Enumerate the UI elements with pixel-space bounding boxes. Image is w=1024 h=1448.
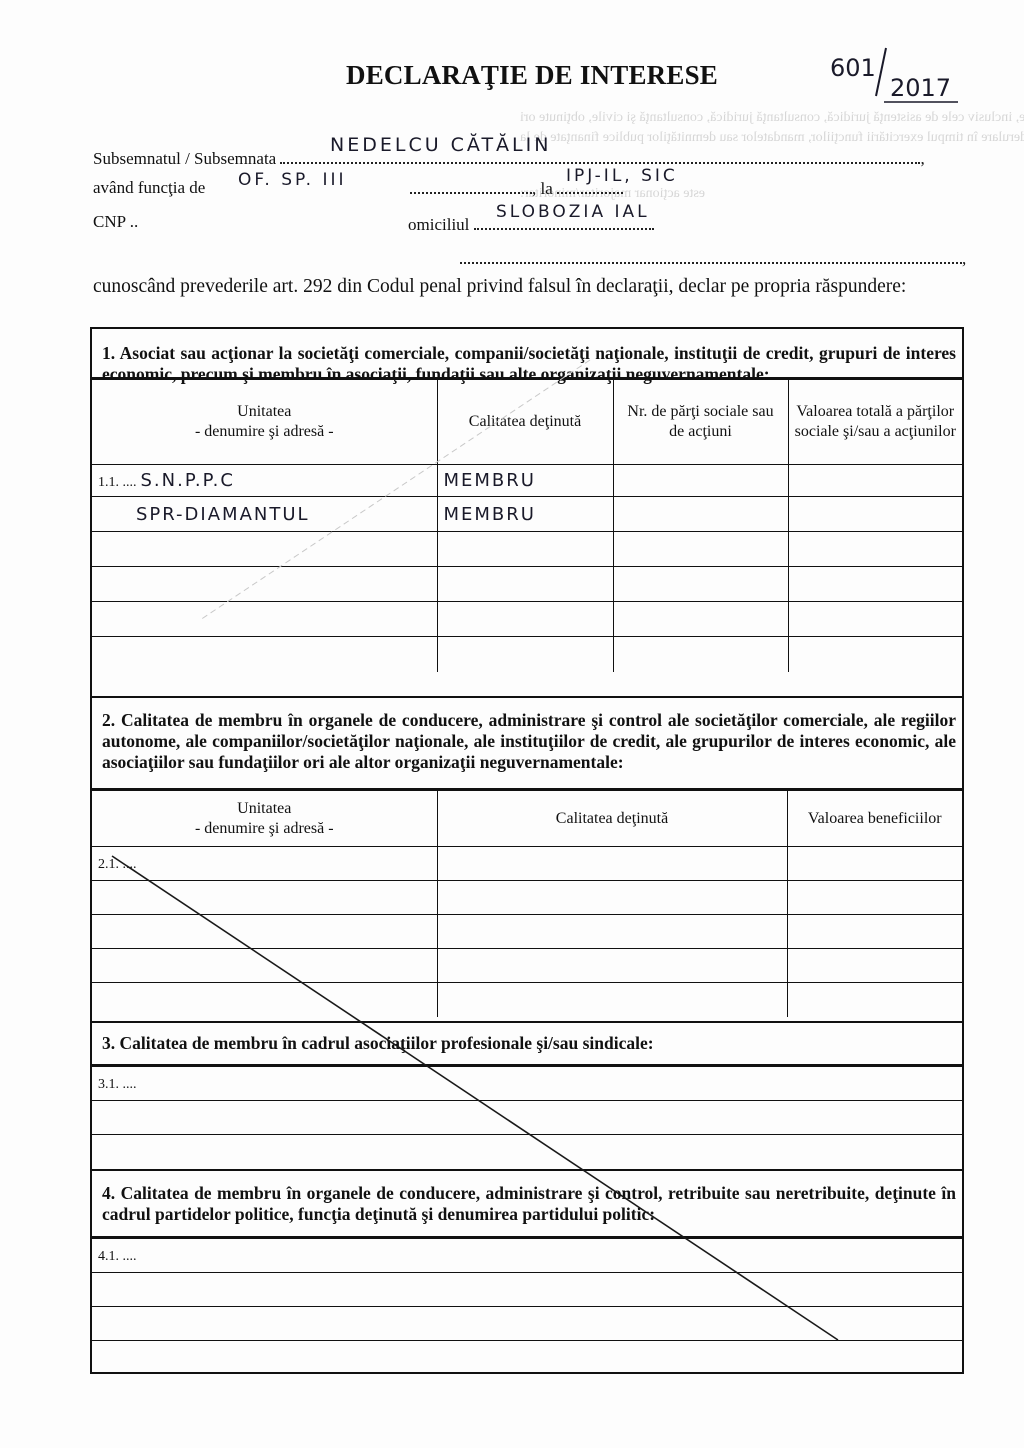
entry-cell[interactable] [92, 1135, 962, 1169]
table-row: 2.1. .... [92, 847, 962, 881]
shares-cell[interactable] [613, 567, 788, 602]
table-row: SPR-DIAMANTUL MEMBRU [92, 497, 962, 532]
document-page: 3. Contracte, inclusiv cele de asistenţă… [0, 0, 1024, 1448]
role-cell[interactable] [437, 637, 613, 672]
section-2-table: Unitatea - denumire şi adresă - Calitate… [92, 790, 962, 1017]
table-row [92, 949, 962, 983]
domicile-continuation-row: , [460, 248, 966, 269]
section-2-box: 2. Calitatea de membru în organele de co… [90, 696, 964, 1023]
table-row: 3.1. .... [92, 1067, 962, 1101]
total-value-cell[interactable] [788, 497, 962, 532]
section-3-table: 3.1. .... [92, 1066, 962, 1169]
col-header-total-value: Valoarea totală a părţilor sociale şi/sa… [788, 380, 962, 465]
shares-cell[interactable] [613, 602, 788, 637]
table-row [92, 915, 962, 949]
col-header-role: Calitatea deţinută [437, 791, 787, 847]
unit-cell[interactable] [92, 983, 437, 1017]
cnp-value[interactable]: .. [130, 212, 139, 231]
shares-cell[interactable] [613, 637, 788, 672]
col-header-unit: Unitatea - denumire şi adresă - [92, 791, 437, 847]
entry-cell[interactable] [92, 1101, 962, 1135]
function-field-row: având funcţia de [93, 178, 205, 198]
benefits-value-cell[interactable] [787, 881, 962, 915]
svg-text:601: 601 [830, 54, 876, 82]
role-cell[interactable] [437, 915, 787, 949]
col-header-benefits-value: Valoarea beneficiilor [787, 791, 962, 847]
table-row [92, 602, 962, 637]
unit-cell[interactable] [92, 949, 437, 983]
total-value-cell[interactable] [788, 602, 962, 637]
table-row [92, 1341, 962, 1375]
table-row [92, 1135, 962, 1169]
col-header-unit: Unitatea - denumire şi adresă - [92, 380, 437, 465]
table-row [92, 1307, 962, 1341]
role-cell[interactable]: MEMBRU [437, 497, 613, 532]
function-value: OF. SP. III [238, 170, 346, 190]
unit-cell[interactable] [92, 915, 437, 949]
unit-cell[interactable] [92, 532, 437, 567]
role-cell[interactable]: MEMBRU [437, 465, 613, 497]
declaration-statement: cunoscând prevederile art. 292 din Codul… [93, 276, 906, 298]
name-value: NEDELCU CĂTĂLIN [330, 134, 551, 156]
function-label: având funcţia de [93, 178, 205, 197]
section-4-box: 4. Calitatea de membru în organele de co… [90, 1169, 964, 1374]
unit-cell[interactable]: 1.1. .... S.N.P.P.C [92, 465, 437, 497]
unit-cell[interactable] [92, 567, 437, 602]
benefits-value-cell[interactable] [787, 949, 962, 983]
role-cell[interactable] [437, 881, 787, 915]
table-row [92, 532, 962, 567]
name-label: Subsemnatul / Subsemnata [93, 149, 276, 168]
section-1-heading: 1. Asociat sau acţionar la societăţi com… [92, 329, 962, 379]
role-cell[interactable] [437, 567, 613, 602]
registration-number-handwritten: 601 2017 [828, 44, 978, 104]
entry-cell[interactable]: 4.1. .... [92, 1239, 962, 1273]
unit-cell[interactable] [92, 602, 437, 637]
bleed-through-line: 3. Contracte, inclusiv cele de asistenţă… [520, 110, 1024, 126]
table-row [92, 1273, 962, 1307]
section-4-table: 4.1. .... [92, 1238, 962, 1375]
total-value-cell[interactable] [788, 567, 962, 602]
role-cell[interactable] [437, 949, 787, 983]
function-continuation-field[interactable] [410, 178, 532, 194]
benefits-value-cell[interactable] [787, 983, 962, 1017]
table-row [92, 983, 962, 1017]
section-3-box: 3. Calitatea de membru în cadrul asociaţ… [90, 1021, 964, 1171]
section-1-table: Unitatea - denumire şi adresă - Calitate… [92, 379, 962, 672]
entry-cell[interactable] [92, 1341, 962, 1375]
section-1-box: 1. Asociat sau acţionar la societăţi com… [90, 327, 964, 698]
table-row [92, 1101, 962, 1135]
role-cell[interactable] [437, 602, 613, 637]
total-value-cell[interactable] [788, 637, 962, 672]
domicile-continuation-field[interactable] [460, 248, 962, 264]
unit-cell[interactable] [92, 637, 437, 672]
entry-cell[interactable]: 3.1. .... [92, 1067, 962, 1101]
table-row: 1.1. .... S.N.P.P.C MEMBRU [92, 465, 962, 497]
at-label: la [541, 179, 553, 198]
col-header-role: Calitatea deţinută [437, 380, 613, 465]
entry-cell[interactable] [92, 1307, 962, 1341]
unit-cell[interactable]: SPR-DIAMANTUL [92, 497, 437, 532]
total-value-cell[interactable] [788, 465, 962, 497]
total-value-cell[interactable] [788, 532, 962, 567]
unit-cell[interactable]: 2.1. .... [92, 847, 437, 881]
table-row [92, 881, 962, 915]
section-3-heading: 3. Calitatea de membru în cadrul asociaţ… [92, 1023, 962, 1066]
col-header-shares: Nr. de părţi sociale sau de acţiuni [613, 380, 788, 465]
at-value: IPJ-IL, SIC [566, 166, 678, 186]
domicile-label: omiciliul [408, 215, 469, 234]
benefits-value-cell[interactable] [787, 847, 962, 881]
role-cell[interactable] [437, 983, 787, 1017]
svg-text:2017: 2017 [890, 74, 951, 102]
domicile-value: SLOBOZIA IAL [496, 202, 650, 222]
section-4-heading: 4. Calitatea de membru în organele de co… [92, 1171, 962, 1238]
benefits-value-cell[interactable] [787, 915, 962, 949]
role-cell[interactable] [437, 847, 787, 881]
unit-cell[interactable] [92, 881, 437, 915]
bleed-through-line: aflate în derulare în timpul exercitării… [520, 130, 1024, 146]
role-cell[interactable] [437, 532, 613, 567]
entry-cell[interactable] [92, 1273, 962, 1307]
table-row [92, 567, 962, 602]
cnp-field-row: CNP .. [93, 212, 138, 232]
shares-cell[interactable] [613, 532, 788, 567]
shares-cell[interactable] [613, 465, 788, 497]
table-row: 4.1. .... [92, 1239, 962, 1273]
section-2-heading: 2. Calitatea de membru în organele de co… [92, 698, 962, 790]
cnp-label: CNP [93, 212, 125, 231]
shares-cell[interactable] [613, 497, 788, 532]
table-row [92, 637, 962, 672]
